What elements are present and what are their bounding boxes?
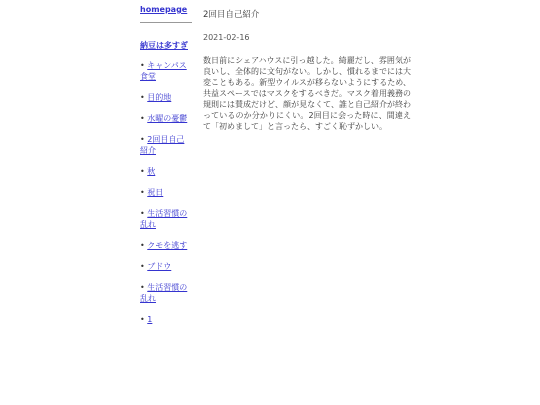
list-item: キャンパス食堂: [140, 60, 192, 82]
sidebar: homepage 納豆は多すぎ キャンパス食堂 目的地 水曜の憂鬱 2回目自己紹…: [140, 4, 192, 335]
list-item: 生活習慣の乱れ: [140, 208, 192, 230]
sidebar-item-campus-cafeteria[interactable]: キャンパス食堂: [140, 61, 187, 81]
list-item: 祝日: [140, 187, 192, 198]
homepage-link[interactable]: homepage: [140, 4, 187, 15]
list-item: 2回目自己紹介: [140, 134, 192, 156]
list-item: 水曜の憂鬱: [140, 113, 192, 124]
sidebar-item-lifestyle-disorder-1[interactable]: 生活習慣の乱れ: [140, 209, 187, 229]
sidebar-item-lifestyle-disorder-2[interactable]: 生活習慣の乱れ: [140, 283, 187, 303]
sidebar-item-wednesday-melancholy[interactable]: 水曜の憂鬱: [147, 114, 187, 123]
blog-title-link[interactable]: 納豆は多すぎ: [140, 40, 188, 51]
sidebar-item-release-spider[interactable]: クモを逃す: [147, 241, 187, 250]
article: 2回目自己紹介 2021-02-16 数日前にシェアハウスに引っ越した。綺麗だし…: [203, 4, 411, 132]
sidebar-nav-list: キャンパス食堂 目的地 水曜の憂鬱 2回目自己紹介 秋 祝日 生活習慣の乱れ ク…: [140, 60, 192, 325]
sidebar-item-grape[interactable]: ブドウ: [147, 262, 171, 271]
sidebar-item-holiday[interactable]: 祝日: [147, 188, 163, 197]
page-title: 2回目自己紹介: [203, 8, 411, 20]
list-item: クモを逃す: [140, 240, 192, 251]
list-item: 1: [140, 314, 192, 325]
sidebar-item-page-1[interactable]: 1: [147, 315, 152, 324]
list-item: ブドウ: [140, 261, 192, 272]
page: homepage 納豆は多すぎ キャンパス食堂 目的地 水曜の憂鬱 2回目自己紹…: [0, 0, 540, 335]
list-item: 生活習慣の乱れ: [140, 282, 192, 304]
article-date: 2021-02-16: [203, 33, 411, 42]
sidebar-item-destination[interactable]: 目的地: [147, 93, 171, 102]
list-item: 目的地: [140, 92, 192, 103]
article-body: 数日前にシェアハウスに引っ越した。綺麗だし、雰囲気が良いし、全体的に文句がない。…: [203, 55, 411, 132]
sidebar-item-second-self-introduction[interactable]: 2回目自己紹介: [140, 135, 184, 155]
sidebar-item-autumn[interactable]: 秋: [147, 167, 155, 176]
list-item: 秋: [140, 166, 192, 177]
sidebar-divider: [140, 22, 192, 23]
